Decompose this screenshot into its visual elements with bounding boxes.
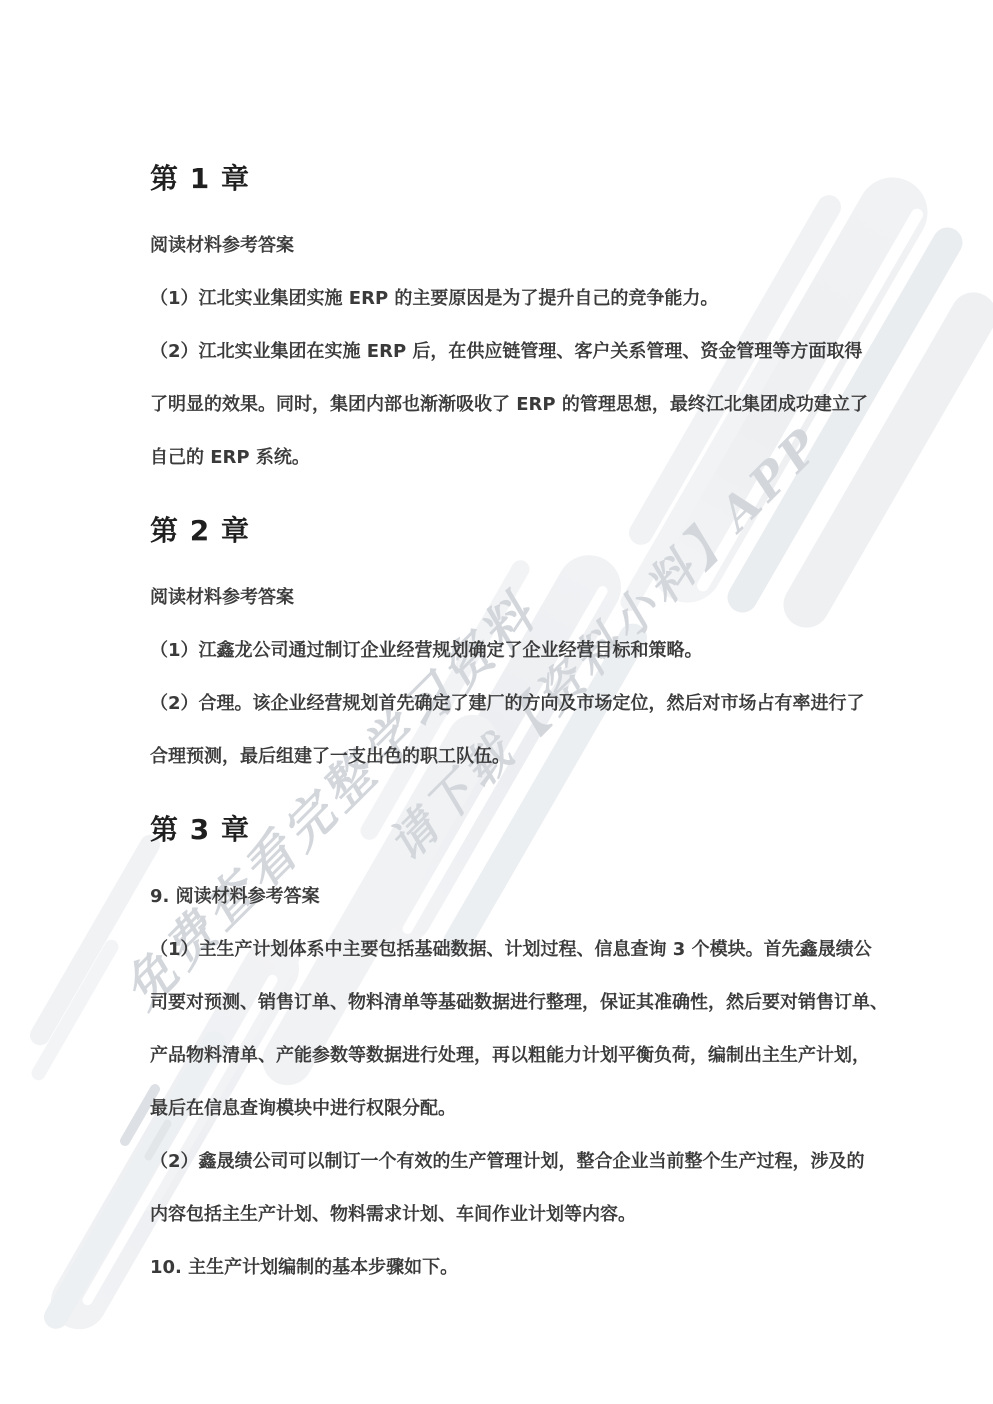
text-line: 最后在信息查询模块中进行权限分配。 [150,1080,910,1133]
text-line: 司要对预测、销售订单、物料清单等基础数据进行整理，保证其准确性，然后要对销售订单… [150,974,910,1027]
document-content: 第 1 章 阅读材料参考答案 （1）江北实业集团实施 ERP 的主要原因是为了提… [150,130,910,1292]
text-line: （2）合理。该企业经营规划首先确定了建厂的方向及市场定位，然后对市场占有率进行了 [150,675,910,728]
text-line: 合理预测，最后组建了一支出色的职工队伍。 [150,728,910,781]
text-line: （2）江北实业集团在实施 ERP 后，在供应链管理、客户关系管理、资金管理等方面… [150,323,910,376]
text-line: （1）江鑫龙公司通过制订企业经营规划确定了企业经营目标和策略。 [150,622,910,675]
brush-streak [29,937,121,1083]
text-line: （2）鑫晟绩公司可以制订一个有效的生产管理计划，整合企业当前整个生产过程，涉及的 [150,1133,910,1186]
text-line: 阅读材料参考答案 [150,217,910,270]
brush-streak [26,831,163,1049]
text-line: 9. 阅读材料参考答案 [150,868,910,921]
text-line: 内容包括主生产计划、物料需求计划、车间作业计划等内容。 [150,1186,910,1239]
chapter-heading: 第 1 章 [150,150,910,203]
text-line: 阅读材料参考答案 [150,569,910,622]
text-line: 产品物料清单、产能参数等数据进行处理，再以粗能力计划平衡负荷，编制出主生产计划， [150,1027,910,1080]
document-page: 免费查看完整学习资料 请下载【资料小料】APP 第 1 章 阅读材料参考答案 （… [0,0,993,1404]
chapter-heading: 第 2 章 [150,502,910,555]
chapter-heading: 第 3 章 [150,801,910,854]
text-line: （1）主生产计划体系中主要包括基础数据、计划过程、信息查询 3 个模块。首先鑫晟… [150,921,910,974]
text-line: 10. 主生产计划编制的基本步骤如下。 [150,1239,910,1292]
text-line: 了明显的效果。同时，集团内部也渐渐吸收了 ERP 的管理思想，最终江北集团成功建… [150,376,910,429]
text-line: （1）江北实业集团实施 ERP 的主要原因是为了提升自己的竞争能力。 [150,270,910,323]
text-line: 自己的 ERP 系统。 [150,429,910,482]
